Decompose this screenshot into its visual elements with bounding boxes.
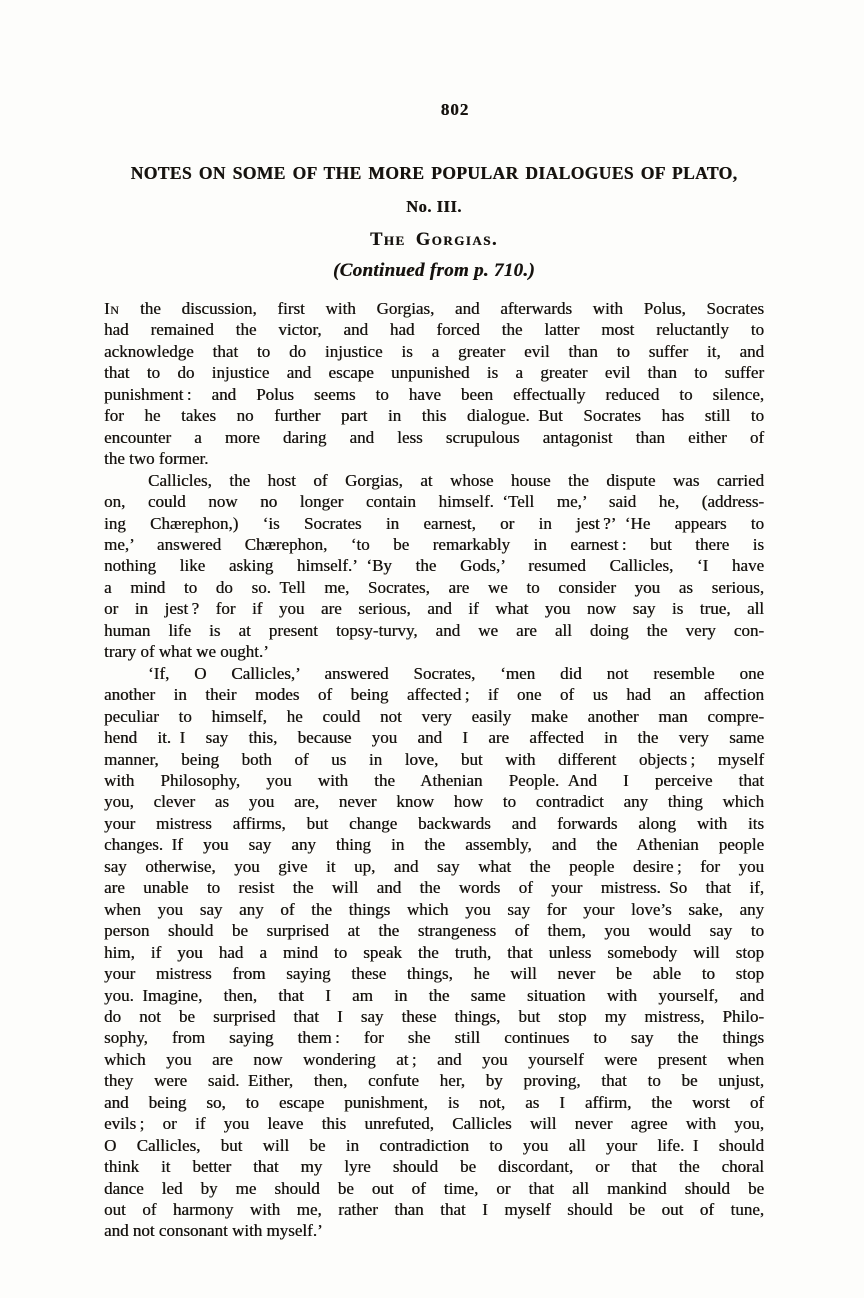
text-line: trary of what we ought.’	[104, 641, 764, 662]
text-line: peculiar to himself, he could not very e…	[104, 706, 764, 727]
text-line: encounter a more daring and less scrupul…	[104, 427, 764, 448]
text-line: another in their modes of being affected…	[104, 684, 764, 705]
text-line: acknowledge that to do injustice is a gr…	[104, 341, 764, 362]
text-line: person should be surprised at the strang…	[104, 920, 764, 941]
text-line: had remained the victor, and had forced …	[104, 319, 764, 340]
continuation-note: (Continued from p. 710.)	[104, 260, 764, 282]
text-line: Callicles, the host of Gorgias, at whose…	[104, 470, 764, 491]
text-line: human life is at present topsy-turvy, an…	[104, 620, 764, 641]
text-line: when you say any of the things which you…	[104, 899, 764, 920]
text-line: a mind to do so. Tell me, Socrates, are …	[104, 577, 764, 598]
text-line: ing Chærephon,) ‘is Socrates in earnest,…	[104, 513, 764, 534]
text-line: ‘If, O Callicles,’ answered Socrates, ‘m…	[104, 663, 764, 684]
article-header: NOTES ON SOME OF THE MORE POPULAR DIALOG…	[104, 163, 764, 282]
text-line: evils ; or if you leave this unrefuted, …	[104, 1113, 764, 1134]
text-line: with Philosophy, you with the Athenian P…	[104, 770, 764, 791]
text-line: say otherwise, you give it up, and say w…	[104, 856, 764, 877]
text-line: changes. If you say any thing in the ass…	[104, 834, 764, 855]
series-title: NOTES ON SOME OF THE MORE POPULAR DIALOG…	[104, 163, 764, 184]
text-line: on, could now no longer contain himself.…	[104, 491, 764, 512]
text-line: you, clever as you are, never know how t…	[104, 791, 764, 812]
text-line: me,’ answered Chærephon, ‘to be remarkab…	[104, 534, 764, 555]
text-line: which you are now wondering at ; and you…	[104, 1049, 764, 1070]
article-body: In the discussion, first with Gorgias, a…	[104, 298, 764, 1242]
text-line: manner, being both of us in love, but wi…	[104, 749, 764, 770]
text-line: nothing like asking himself.’ ‘By the Go…	[104, 555, 764, 576]
text-line: the two former.	[104, 448, 764, 469]
text-line: they were said. Either, then, confute he…	[104, 1070, 764, 1091]
text-line: and being so, to escape punishment, is n…	[104, 1092, 764, 1113]
text-line: or in jest ? for if you are serious, and…	[104, 598, 764, 619]
paragraph: ‘If, O Callicles,’ answered Socrates, ‘m…	[104, 663, 764, 1242]
paragraph: Callicles, the host of Gorgias, at whose…	[104, 470, 764, 663]
paragraph: In the discussion, first with Gorgias, a…	[104, 298, 764, 470]
text-line: dance led by me should be out of time, o…	[104, 1178, 764, 1199]
text-line: punishment : and Polus seems to have bee…	[104, 384, 764, 405]
text-line: your mistress affirms, but change backwa…	[104, 813, 764, 834]
text-line: your mistress from saying these things, …	[104, 963, 764, 984]
text-line: and not consonant with myself.’	[104, 1220, 764, 1241]
text-line: sophy, from saying them : for she still …	[104, 1027, 764, 1048]
work-title: The Gorgias.	[104, 230, 764, 251]
text-line: do not be surprised that I say these thi…	[104, 1006, 764, 1027]
article-number: No. III.	[104, 197, 764, 217]
text-line: In the discussion, first with Gorgias, a…	[104, 298, 764, 319]
text-line: out of harmony with me, rather than that…	[104, 1199, 764, 1220]
text-line: him, if you had a mind to speak the trut…	[104, 942, 764, 963]
text-line: hend it. I say this, because you and I a…	[104, 727, 764, 748]
text-line: that to do injustice and escape unpunish…	[104, 362, 764, 383]
text-line: you. Imagine, then, that I am in the sam…	[104, 985, 764, 1006]
page: 802 NOTES ON SOME OF THE MORE POPULAR DI…	[0, 0, 864, 1298]
text-line: O Callicles, but will be in contradictio…	[104, 1135, 764, 1156]
lead-word: In	[104, 299, 119, 318]
text-line: are unable to resist the will and the wo…	[104, 877, 764, 898]
text-line: for he takes no further part in this dia…	[104, 405, 764, 426]
text-line: think it better that my lyre should be d…	[104, 1156, 764, 1177]
page-number: 802	[125, 100, 785, 120]
